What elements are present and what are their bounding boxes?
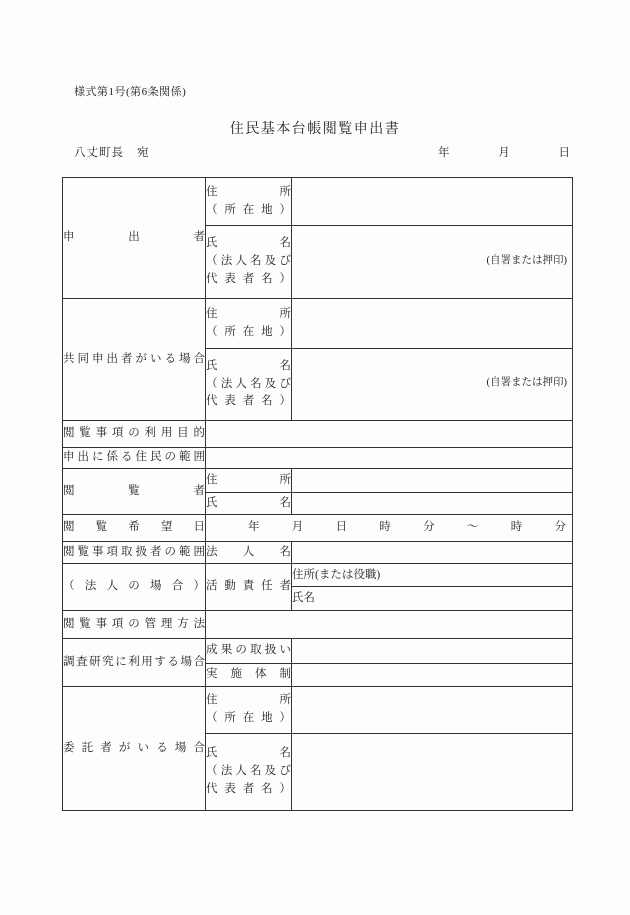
research-structure-label-cell: 実施体制 <box>206 664 292 687</box>
viewer-address-label: 住所 <box>206 472 291 490</box>
research-structure-value-cell <box>292 664 573 687</box>
research-results-label-cell: 成果の取扱い <box>206 639 292 664</box>
joint-applicant-address-value-cell <box>292 299 573 349</box>
consignor-name-label-line3: 代表者名） <box>206 781 291 799</box>
applicant-name-label-line1: 氏名 <box>206 235 291 253</box>
applicant-address-value-cell <box>292 178 573 226</box>
resident-scope-label: 申出に係る住民の範囲 <box>63 449 205 467</box>
desired-date-units: 年 月 日 時 分 ～ 時 分 <box>206 521 572 535</box>
viewer-address-value-cell <box>292 469 573 493</box>
joint-applicant-name-label-line1: 氏名 <box>206 358 291 376</box>
purpose-value-cell <box>206 421 573 448</box>
activity-manager-label-cell: 活動責任者 <box>206 564 292 611</box>
viewer-address-label-cell: 住所 <box>206 469 292 493</box>
research-results-label: 成果の取扱い <box>206 642 291 660</box>
consignor-address-label-line2: （所在地） <box>206 710 291 728</box>
viewer-section-label: 閲覧者 <box>63 483 205 501</box>
management-label: 閲覧事項の管理方法 <box>63 616 205 634</box>
addressee-line: 八丈町長宛 <box>74 144 150 160</box>
desired-date-minute-label: 分 <box>423 521 435 535</box>
addressee-name: 八丈町長 <box>74 147 124 159</box>
viewer-name-value-cell <box>292 493 573 515</box>
joint-applicant-signature-note: (自署または押印) <box>292 376 572 393</box>
application-form-table: 申出者 住所 （所在地） 氏名 （法人名及び 代表者名） (自署または押印) 共… <box>62 177 573 811</box>
desired-date-hour-label: 時 <box>379 521 391 535</box>
desired-date-label-cell: 閲覧希望日 <box>63 515 206 542</box>
research-section-label: 調査研究に利用する場合 <box>63 654 205 672</box>
desired-date-day-label: 日 <box>336 521 348 535</box>
joint-applicant-section-cell: 共同申出者がいる場合 <box>63 299 206 421</box>
consignor-section-label: 委託者がいる場合 <box>63 740 205 758</box>
resident-scope-value-cell <box>206 448 573 469</box>
manager-address-value-cell: 住所(または役職) <box>292 564 573 587</box>
joint-applicant-name-value-cell: (自署または押印) <box>292 349 573 421</box>
date-year-label: 年 <box>438 144 450 160</box>
applicant-section-cell: 申出者 <box>63 178 206 299</box>
addressee-suffix: 宛 <box>137 147 150 159</box>
activity-manager-label: 活動責任者 <box>206 578 291 596</box>
applicant-name-value-cell: (自署または押印) <box>292 226 573 299</box>
applicant-address-label-cell: 住所 （所在地） <box>206 178 292 226</box>
desired-date-label: 閲覧希望日 <box>63 519 205 537</box>
corporate-case-label-cell: （法人の場合） <box>63 564 206 611</box>
date-day-label: 日 <box>559 144 571 160</box>
form-number: 様式第1号(第6条関係) <box>74 83 186 99</box>
desired-date-month-label: 月 <box>292 521 304 535</box>
date-line: 年 月 日 <box>438 144 570 160</box>
corp-name-label-cell: 法人名 <box>206 542 292 564</box>
desired-date-year-label: 年 <box>248 521 260 535</box>
research-results-value-cell <box>292 639 573 664</box>
viewer-section-cell: 閲覧者 <box>63 469 206 515</box>
handler-scope-label-cell: 閲覧事項取扱者の範囲 <box>63 542 206 564</box>
consignor-address-label-cell: 住所 （所在地） <box>206 687 292 734</box>
joint-applicant-name-label-line2: （法人名及び <box>206 376 291 394</box>
consignor-section-cell: 委託者がいる場合 <box>63 687 206 811</box>
resident-scope-label-cell: 申出に係る住民の範囲 <box>63 448 206 469</box>
consignor-address-label-line1: 住所 <box>206 692 291 710</box>
applicant-address-label-line1: 住所 <box>206 184 291 202</box>
applicant-name-label-line2: （法人名及び <box>206 253 291 271</box>
joint-applicant-address-label-line2: （所在地） <box>206 324 291 342</box>
applicant-section-label: 申出者 <box>63 229 205 247</box>
form-page: 様式第1号(第6条関係) 住民基本台帳閲覧申出書 八丈町長宛 年 月 日 申出者… <box>0 0 630 915</box>
handler-scope-label: 閲覧事項取扱者の範囲 <box>63 544 205 562</box>
consignor-name-value-cell <box>292 734 573 811</box>
management-label-cell: 閲覧事項の管理方法 <box>63 611 206 639</box>
joint-applicant-section-label: 共同申出者がいる場合 <box>63 351 205 369</box>
desired-date-hour2-label: 時 <box>511 521 523 535</box>
management-value-cell <box>206 611 573 639</box>
corp-name-value-cell <box>292 542 573 564</box>
applicant-name-label-line3: 代表者名） <box>206 271 291 289</box>
corporate-case-label: （法人の場合） <box>63 578 205 596</box>
desired-date-minute2-label: 分 <box>554 521 566 535</box>
page-title: 住民基本台帳閲覧申出書 <box>0 118 630 138</box>
consignor-name-label-cell: 氏名 （法人名及び 代表者名） <box>206 734 292 811</box>
viewer-name-label: 氏名 <box>206 495 291 513</box>
research-structure-label: 実施体制 <box>206 666 291 684</box>
consignor-name-label-line2: （法人名及び <box>206 763 291 781</box>
date-month-label: 月 <box>498 144 510 160</box>
manager-address-sublabel: 住所(または役職) <box>292 568 572 583</box>
applicant-name-label-cell: 氏名 （法人名及び 代表者名） <box>206 226 292 299</box>
applicant-address-label-line2: （所在地） <box>206 202 291 220</box>
joint-applicant-address-label-line1: 住所 <box>206 306 291 324</box>
purpose-label: 閲覧事項の利用目的 <box>63 425 205 443</box>
joint-applicant-name-label-cell: 氏名 （法人名及び 代表者名） <box>206 349 292 421</box>
purpose-label-cell: 閲覧事項の利用目的 <box>63 421 206 448</box>
consignor-address-value-cell <box>292 687 573 734</box>
desired-date-value-cell: 年 月 日 時 分 ～ 時 分 <box>206 515 573 542</box>
consignor-name-label-line1: 氏名 <box>206 745 291 763</box>
joint-applicant-name-label-line3: 代表者名） <box>206 393 291 411</box>
manager-name-value-cell: 氏名 <box>292 587 573 611</box>
corp-name-label: 法人名 <box>206 544 291 562</box>
research-section-cell: 調査研究に利用する場合 <box>63 639 206 687</box>
applicant-signature-note: (自署または押印) <box>292 254 572 271</box>
viewer-name-label-cell: 氏名 <box>206 493 292 515</box>
desired-date-tilde: ～ <box>467 521 479 535</box>
manager-name-sublabel: 氏名 <box>292 591 572 606</box>
joint-applicant-address-label-cell: 住所 （所在地） <box>206 299 292 349</box>
